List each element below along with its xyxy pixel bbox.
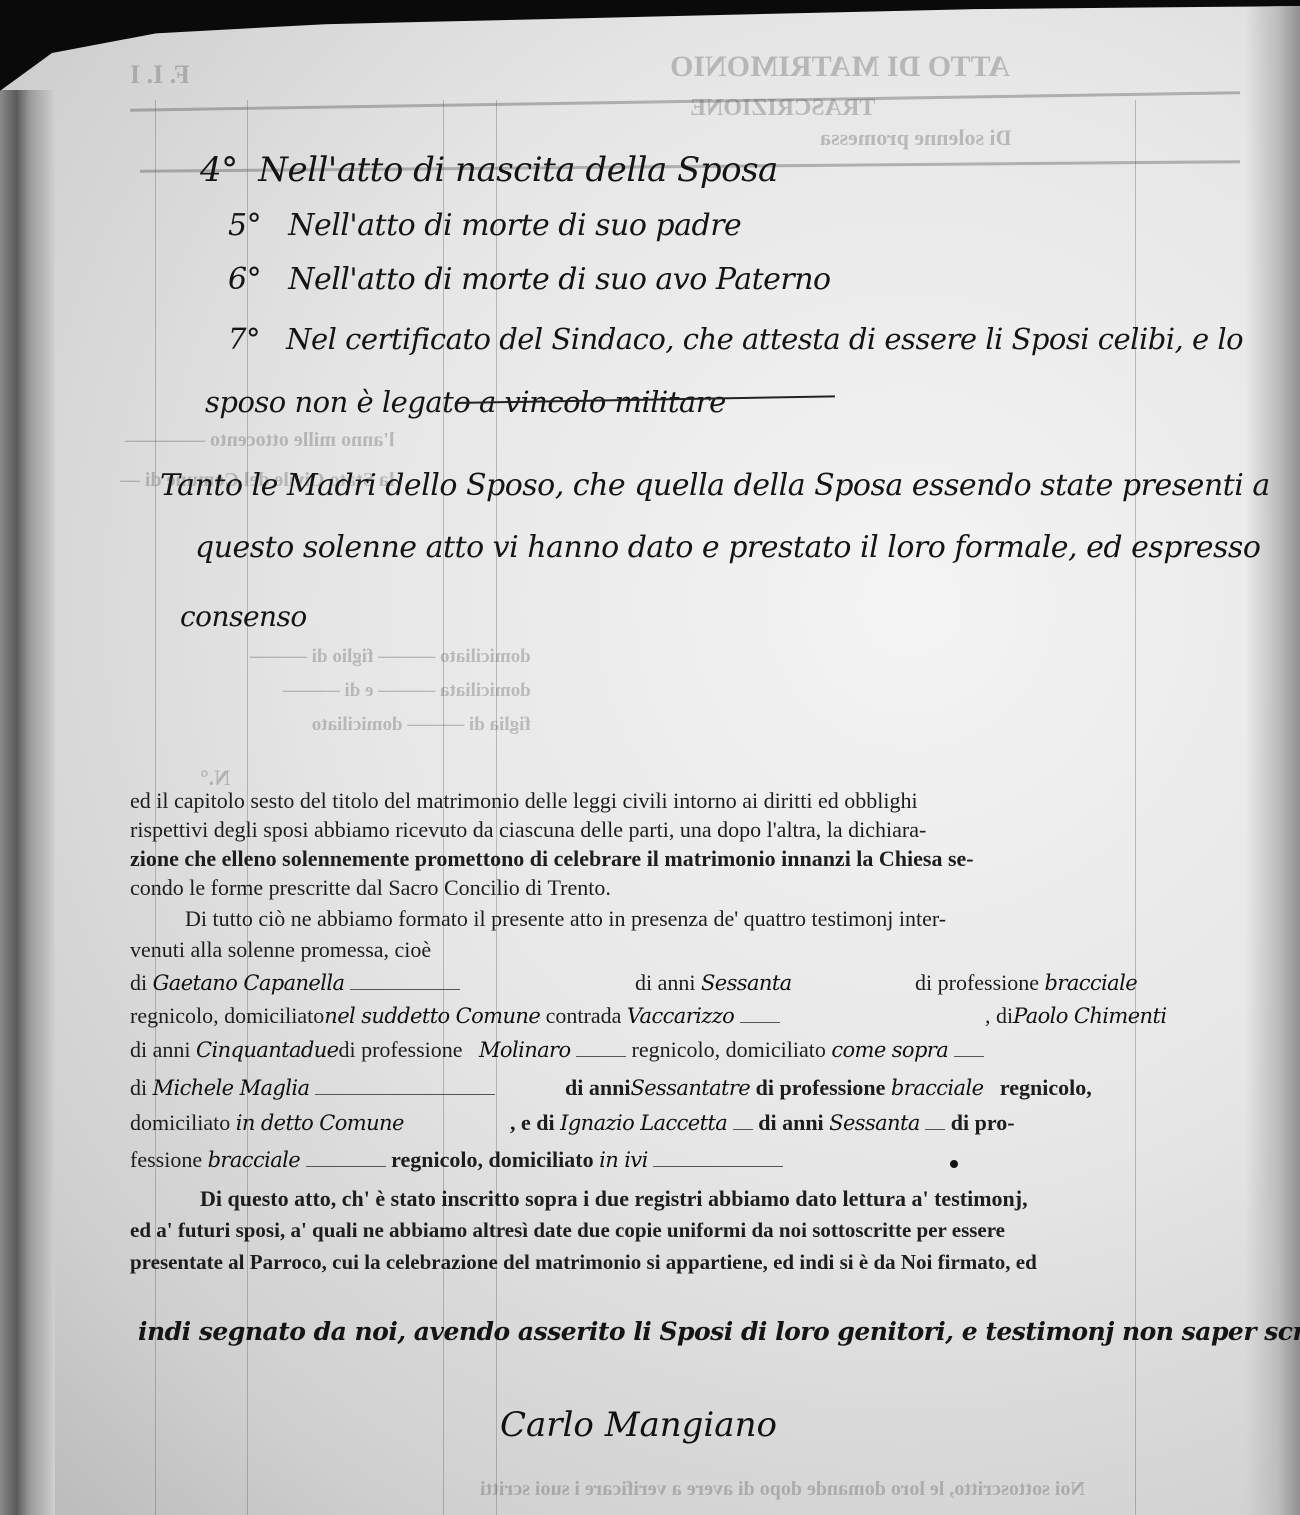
printed-closing-line: ed a' futuri sposi, a' quali ne abbiamo … [130,1218,1005,1243]
ghost-page-mark: F. I. I [130,60,190,90]
ghost-header-subtitle: TRASCRIZIONE [690,95,875,122]
printed-line: rispettivi degli sposi abbiamo ricevuto … [130,817,926,843]
witness-3-name: Michele Maglia [153,1076,310,1100]
handwritten-item-6: 6° Nell'atto di morte di suo avo Paterno [228,262,831,297]
printed-line: condo le forme prescritte dal Sacro Conc… [130,875,611,901]
witness-1-age: di anni Sessanta [635,970,792,996]
handwritten-consent-line-1: Tanto le Madri dello Sposo, che quella d… [160,468,1270,503]
printed-line: Di tutto ciò ne abbiamo formato il prese… [185,906,946,932]
witness-4-name: Ignazio Laccetta [560,1111,727,1135]
printed-closing-line: Di questo atto, ch' è stato inscritto so… [200,1186,1028,1212]
printed-line: ed il capitolo sesto del titolo del matr… [130,788,918,814]
ghost-rule [130,91,1240,111]
ghost-footer: Noi sottoscritto, le loro domande dopo d… [480,1478,1085,1501]
witness-3-name-row: di Michele Maglia [130,1075,495,1101]
witness-3-details: di anniSessantatre di professione bracci… [565,1075,1092,1101]
ghost-header-note: Di solenne promessa [820,125,1012,151]
witness-4-domicile: fessione bracciale regnicolo, domiciliat… [130,1147,783,1173]
printed-line: venuti alla solenne promessa, cioè [130,937,431,963]
printed-line: zione che elleno solennemente promettono… [130,846,974,872]
official-signature: Carlo Mangiano [500,1405,777,1445]
handwritten-consent-line-3: consenso [180,600,307,633]
printed-closing-line: presentate al Parroco, cui la celebrazio… [130,1250,1037,1275]
witness-4-row: , e di Ignazio Laccetta di anni Sessanta… [510,1110,1015,1136]
handwritten-item-4: 4° Nell'atto di nascita della Sposa [200,150,778,190]
ink-dot [950,1160,958,1168]
witness-1-domicile: regnicolo, domiciliatonel suddetto Comun… [130,1003,780,1029]
witness-3-domicile: domiciliato in detto Comune [130,1110,404,1136]
witness-1-name: Gaetano Capanella [153,971,345,995]
witness-1-row: di Gaetano Capanella [130,970,460,996]
handwritten-item-5: 5° Nell'atto di morte di suo padre [228,208,741,243]
handwritten-closing: indi segnato da noi, avendo asserito li … [138,1317,1300,1346]
book-spine-shadow [0,90,55,1515]
handwritten-item-7: 7° Nel certificato del Sindaco, che atte… [228,322,1243,356]
register-page: ATTO DI MATRIMONIO F. I. I TRASCRIZIONE … [0,0,1300,1515]
margin-rule [1135,100,1136,1515]
handwritten-consent-line-2: questo solenne atto vi hanno dato e pres… [195,530,1260,565]
ghost-header-title: ATTO DI MATRIMONIO [670,50,1010,84]
page-right-edge [1245,0,1300,1515]
witness-2-details: di anni Cinquantaduedi professione Molin… [130,1037,984,1063]
ghost-body: domiciliato ——— figlio di ———domiciliata… [250,640,531,742]
witness-2-name-row: , diPaolo Chimenti [985,1003,1166,1029]
witness-2-name: Paolo Chimenti [1013,1004,1166,1028]
witness-1-profession: di professione bracciale [915,970,1137,996]
